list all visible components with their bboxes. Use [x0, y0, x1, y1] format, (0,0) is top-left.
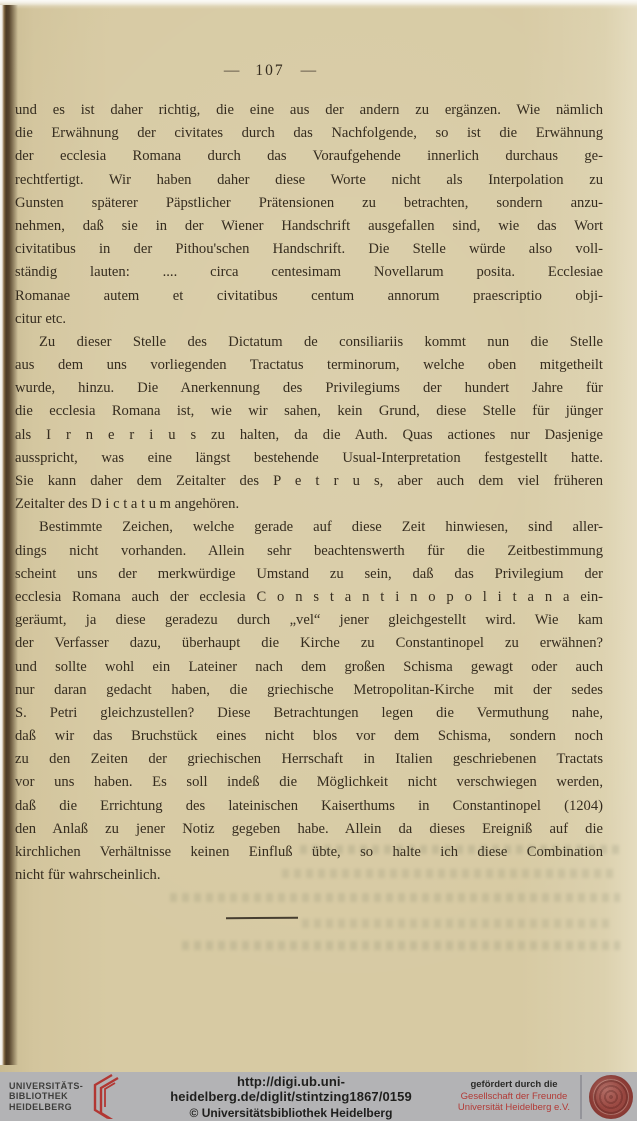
text-line: als I r n e r i u s zu halten, da die Au…	[15, 424, 603, 447]
bleed-through-text	[302, 919, 610, 928]
text-line: Sie kann daher dem Zeitalter des P e t r…	[15, 470, 603, 493]
text-line: geräumt, ja diese geradezu durch „vel“ j…	[15, 609, 603, 632]
text-line: scheint uns der merkwürdige Umstand zu s…	[15, 563, 603, 586]
funding-line: Gesellschaft der Freunde	[454, 1091, 574, 1103]
text-line: aus dem uns vorliegenden Tractatus termi…	[15, 354, 603, 377]
text-line: nur daran gedacht haben, die griechische…	[15, 679, 603, 702]
text-line: die ecclesia Romana ist, wie wir sahen, …	[15, 400, 603, 423]
document-url-link[interactable]: http://digi.ub.uni-heidelberg.de/diglit/…	[128, 1074, 454, 1104]
university-seal-detail	[593, 1079, 629, 1115]
footer-vertical-divider	[580, 1075, 582, 1119]
text-line: Romanae autem et civitatibus centum anno…	[15, 285, 603, 308]
header-dash-left: —	[224, 62, 240, 79]
text-line: ecclesia Romana auch der ecclesia C o n …	[15, 586, 603, 609]
book-page-scan: —107— und es ist daher richtig, die eine…	[0, 0, 637, 1072]
text-line: S. Petri gleichzustellen? Diese Betracht…	[15, 702, 603, 725]
text-line: civitatibus in der Pithou'schen Handschr…	[15, 238, 603, 261]
library-name: UNIVERSITÄTS- BIBLIOTHEK HEIDELBERG	[9, 1081, 83, 1113]
funding-line: gefördert durch die	[454, 1079, 574, 1091]
text-line: ausspricht, was eine längst bestehende U…	[15, 447, 603, 470]
page-number: 107	[255, 62, 284, 79]
text-line: citur etc.	[15, 308, 603, 331]
text-line: daß wir das Bruchstück eines nicht blos …	[15, 725, 603, 748]
page-header: —107—	[0, 62, 540, 80]
text-line: die Erwähnung der civitates durch das Na…	[15, 122, 603, 145]
bleed-through-text	[182, 941, 620, 950]
copyright-text: © Universitätsbibliothek Heidelberg	[128, 1106, 454, 1120]
funding-line: Universität Heidelberg e.V.	[454, 1102, 574, 1114]
text-line: der ecclesia Romana durch das Voraufgehe…	[15, 145, 603, 168]
text-line: Bestimmte Zeichen, welche gerade auf die…	[15, 516, 603, 539]
library-name-line: UNIVERSITÄTS-	[9, 1081, 83, 1092]
page-top-edge	[0, 0, 637, 6]
bleed-through-text	[170, 893, 620, 902]
text-line: vor uns haben. Es soll indeß die Möglich…	[15, 771, 603, 794]
footer-bar: UNIVERSITÄTS- BIBLIOTHEK HEIDELBERG http…	[0, 1072, 637, 1121]
text-line: und sollte wohl ein Lateiner nach dem gr…	[15, 656, 603, 679]
text-line: Zu dieser Stelle des Dictatum de consili…	[15, 331, 603, 354]
library-name-line: HEIDELBERG	[9, 1102, 83, 1113]
text-line: der Verfasser dazu, überhaupt die Kirche…	[15, 632, 603, 655]
text-line: nehmen, daß sie in der Wiener Handschrif…	[15, 215, 603, 238]
text-line: den Anlaß zu jener Notiz gegeben habe. A…	[15, 818, 603, 841]
library-branding: UNIVERSITÄTS- BIBLIOTHEK HEIDELBERG	[0, 1075, 128, 1119]
text-line: rechtfertigt. Wir haben daher diese Wort…	[15, 169, 603, 192]
text-line: Zeitalter des D i c t a t u m angehören.	[15, 493, 603, 516]
funding-credit: gefördert durch die Gesellschaft der Fre…	[454, 1079, 574, 1114]
bleed-through-text	[282, 869, 617, 878]
university-seal-icon	[589, 1075, 633, 1119]
text-line: dings nicht vorhanden. Allein sehr beach…	[15, 540, 603, 563]
text-line: zu den Zeiten der griechischen Herrschaf…	[15, 748, 603, 771]
footer-center: http://digi.ub.uni-heidelberg.de/diglit/…	[128, 1074, 454, 1120]
text-line: Gunsten späterer Päpstlicher Prätensione…	[15, 192, 603, 215]
header-dash-right: —	[301, 62, 317, 79]
text-block: und es ist daher richtig, die eine aus d…	[15, 99, 603, 887]
section-divider-rule	[226, 917, 298, 919]
open-book-logo-icon	[85, 1073, 123, 1119]
text-line: und es ist daher richtig, die eine aus d…	[15, 99, 603, 122]
bleed-through-text	[300, 845, 620, 854]
text-line: wurde, hinzu. Die Anerkennung des Privil…	[15, 377, 603, 400]
text-line: ständig lauten: .... circa centesimam No…	[15, 261, 603, 284]
library-name-line: BIBLIOTHEK	[9, 1091, 83, 1102]
text-line: daß die Errichtung des lateinischen Kais…	[15, 795, 603, 818]
